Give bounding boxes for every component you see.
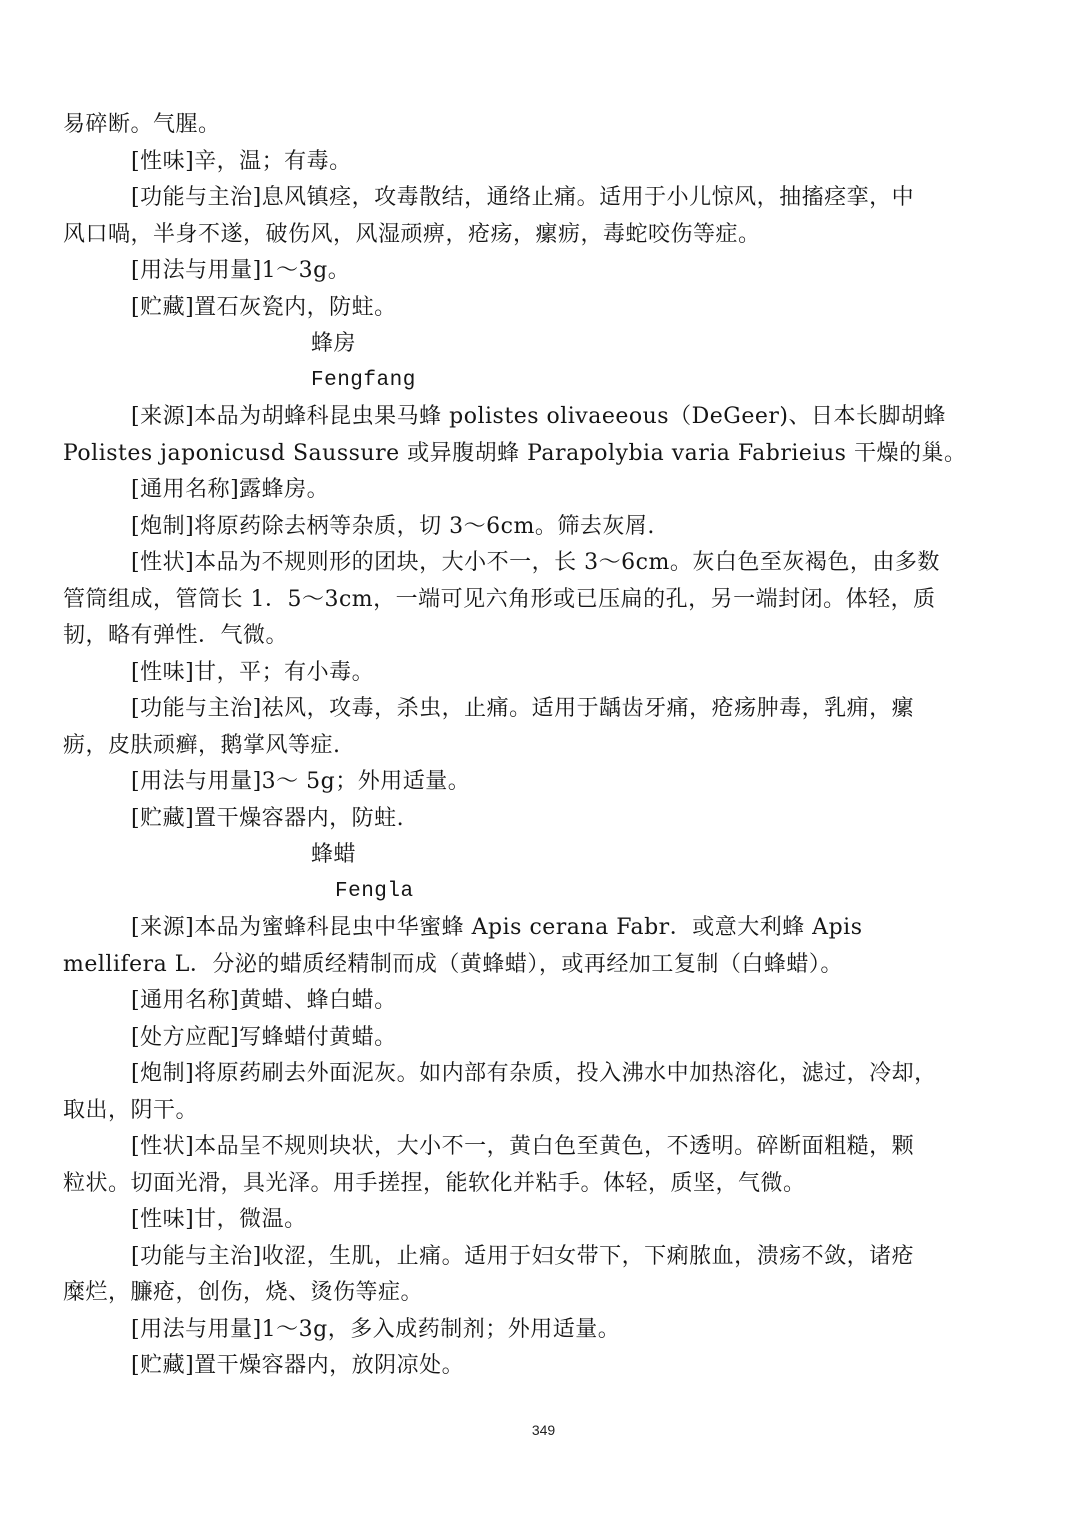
property-line-processing: [炮制]将原药刷去外面泥灰。如内部有杂质，投入沸水中加热溶化，滤过，冷却， — [131, 1059, 937, 1089]
text-line: Polistes japonicusd Saussure 或异腹胡蜂 Parap… — [63, 439, 966, 469]
text-line: 韧，略有弹性．气微。 — [63, 621, 288, 651]
property-line-flavor: [性味]甘，微温。 — [131, 1205, 307, 1235]
property-line-storage: [贮藏]置干燥容器内，防蛀. — [131, 804, 404, 834]
property-line-function: [功能与主治]息风镇痉，攻毒散结，通络止痛。适用于小儿惊风，抽搐痉挛，中 — [131, 183, 914, 213]
text-line: mellifera L．分泌的蜡质经精制而成（黄蜂蜡），或再经加工复制（白蜂蜡）… — [63, 950, 843, 980]
property-line-storage: [贮藏]置干燥容器内，放阴凉处。 — [131, 1351, 464, 1381]
property-line-processing: [炮制]将原药除去柄等杂质，切 3～6cm。筛去灰屑. — [131, 512, 655, 542]
property-line-common-name: [通用名称]黄蜡、蜂白蜡。 — [131, 986, 397, 1016]
property-line-storage: [贮藏]置石灰瓷内，防蛀。 — [131, 293, 397, 323]
property-line-description: [性状]本品呈不规则块状，大小不一，黄白色至黄色，不透明。碎断面粗糙，颗 — [131, 1132, 914, 1162]
property-line-prescription: [处方应配]写蜂蜡付黄蜡。 — [131, 1023, 397, 1053]
text-line: 取出，阴干。 — [63, 1096, 198, 1126]
property-line-dosage: [用法与用量]1～3g，多入成药制剂；外用适量。 — [131, 1315, 620, 1345]
page-number: 349 — [0, 1422, 1087, 1438]
entry-title-fengla: 蜂蜡 — [311, 840, 356, 870]
property-line-function: [功能与主治]收涩，生肌，止痛。适用于妇女带下，下痢脓血，溃疡不敛，诸疮 — [131, 1242, 914, 1272]
property-line-flavor: [性味]甘，平；有小毒。 — [131, 658, 374, 688]
property-line-dosage: [用法与用量]3～ 5g；外用适量。 — [131, 767, 470, 797]
property-line-function: [功能与主治]祛风，攻毒，杀虫，止痛。适用于龋齿牙痛，疮疡肿毒，乳痈，瘰 — [131, 694, 914, 724]
text-line: 疬，皮肤顽癣，鹅掌风等症. — [63, 731, 341, 761]
property-line-source: [来源]本品为胡蜂科昆虫果马蜂 polistes olivaeeous（DeGe… — [131, 402, 946, 432]
entry-title-fengfang: 蜂房 — [311, 329, 356, 359]
property-line-source: [来源]本品为蜜蜂科昆虫中华蜜蜂 Apis cerana Fabr．或意大利蜂 … — [131, 913, 862, 943]
property-line-dosage: [用法与用量]1～3g。 — [131, 256, 350, 286]
text-line: 风口喎，半身不遂，破伤风，风湿顽痹，疮疡，瘰疬，毒蛇咬伤等症。 — [63, 220, 761, 250]
document-page: 易碎断。气腥。 [性味]辛，温；有毒。 [功能与主治]息风镇痉，攻毒散结，通络止… — [0, 0, 1087, 1536]
property-line-flavor: [性味]辛，温；有毒。 — [131, 147, 352, 177]
property-line-common-name: [通用名称]露蜂房。 — [131, 475, 329, 505]
property-line-description: [性状]本品为不规则形的团块，大小不一，长 3～6cm。灰白色至灰褐色，由多数 — [131, 548, 940, 578]
text-line: 糜烂，臁疮，创伤，烧、烫伤等症。 — [63, 1278, 423, 1308]
entry-pinyin-fengla: Fengla — [335, 877, 414, 907]
text-line: 粒状。切面光滑，具光泽。用手搓捏，能软化并粘手。体轻，质坚，气微。 — [63, 1169, 806, 1199]
text-line: 管筒组成，管筒长 1．5～3cm，一端可见六角形或已压扁的孔，另一端封闭。体轻，… — [63, 585, 936, 615]
text-line: 易碎断。气腥。 — [63, 110, 221, 140]
entry-pinyin-fengfang: Fengfang — [311, 366, 416, 396]
